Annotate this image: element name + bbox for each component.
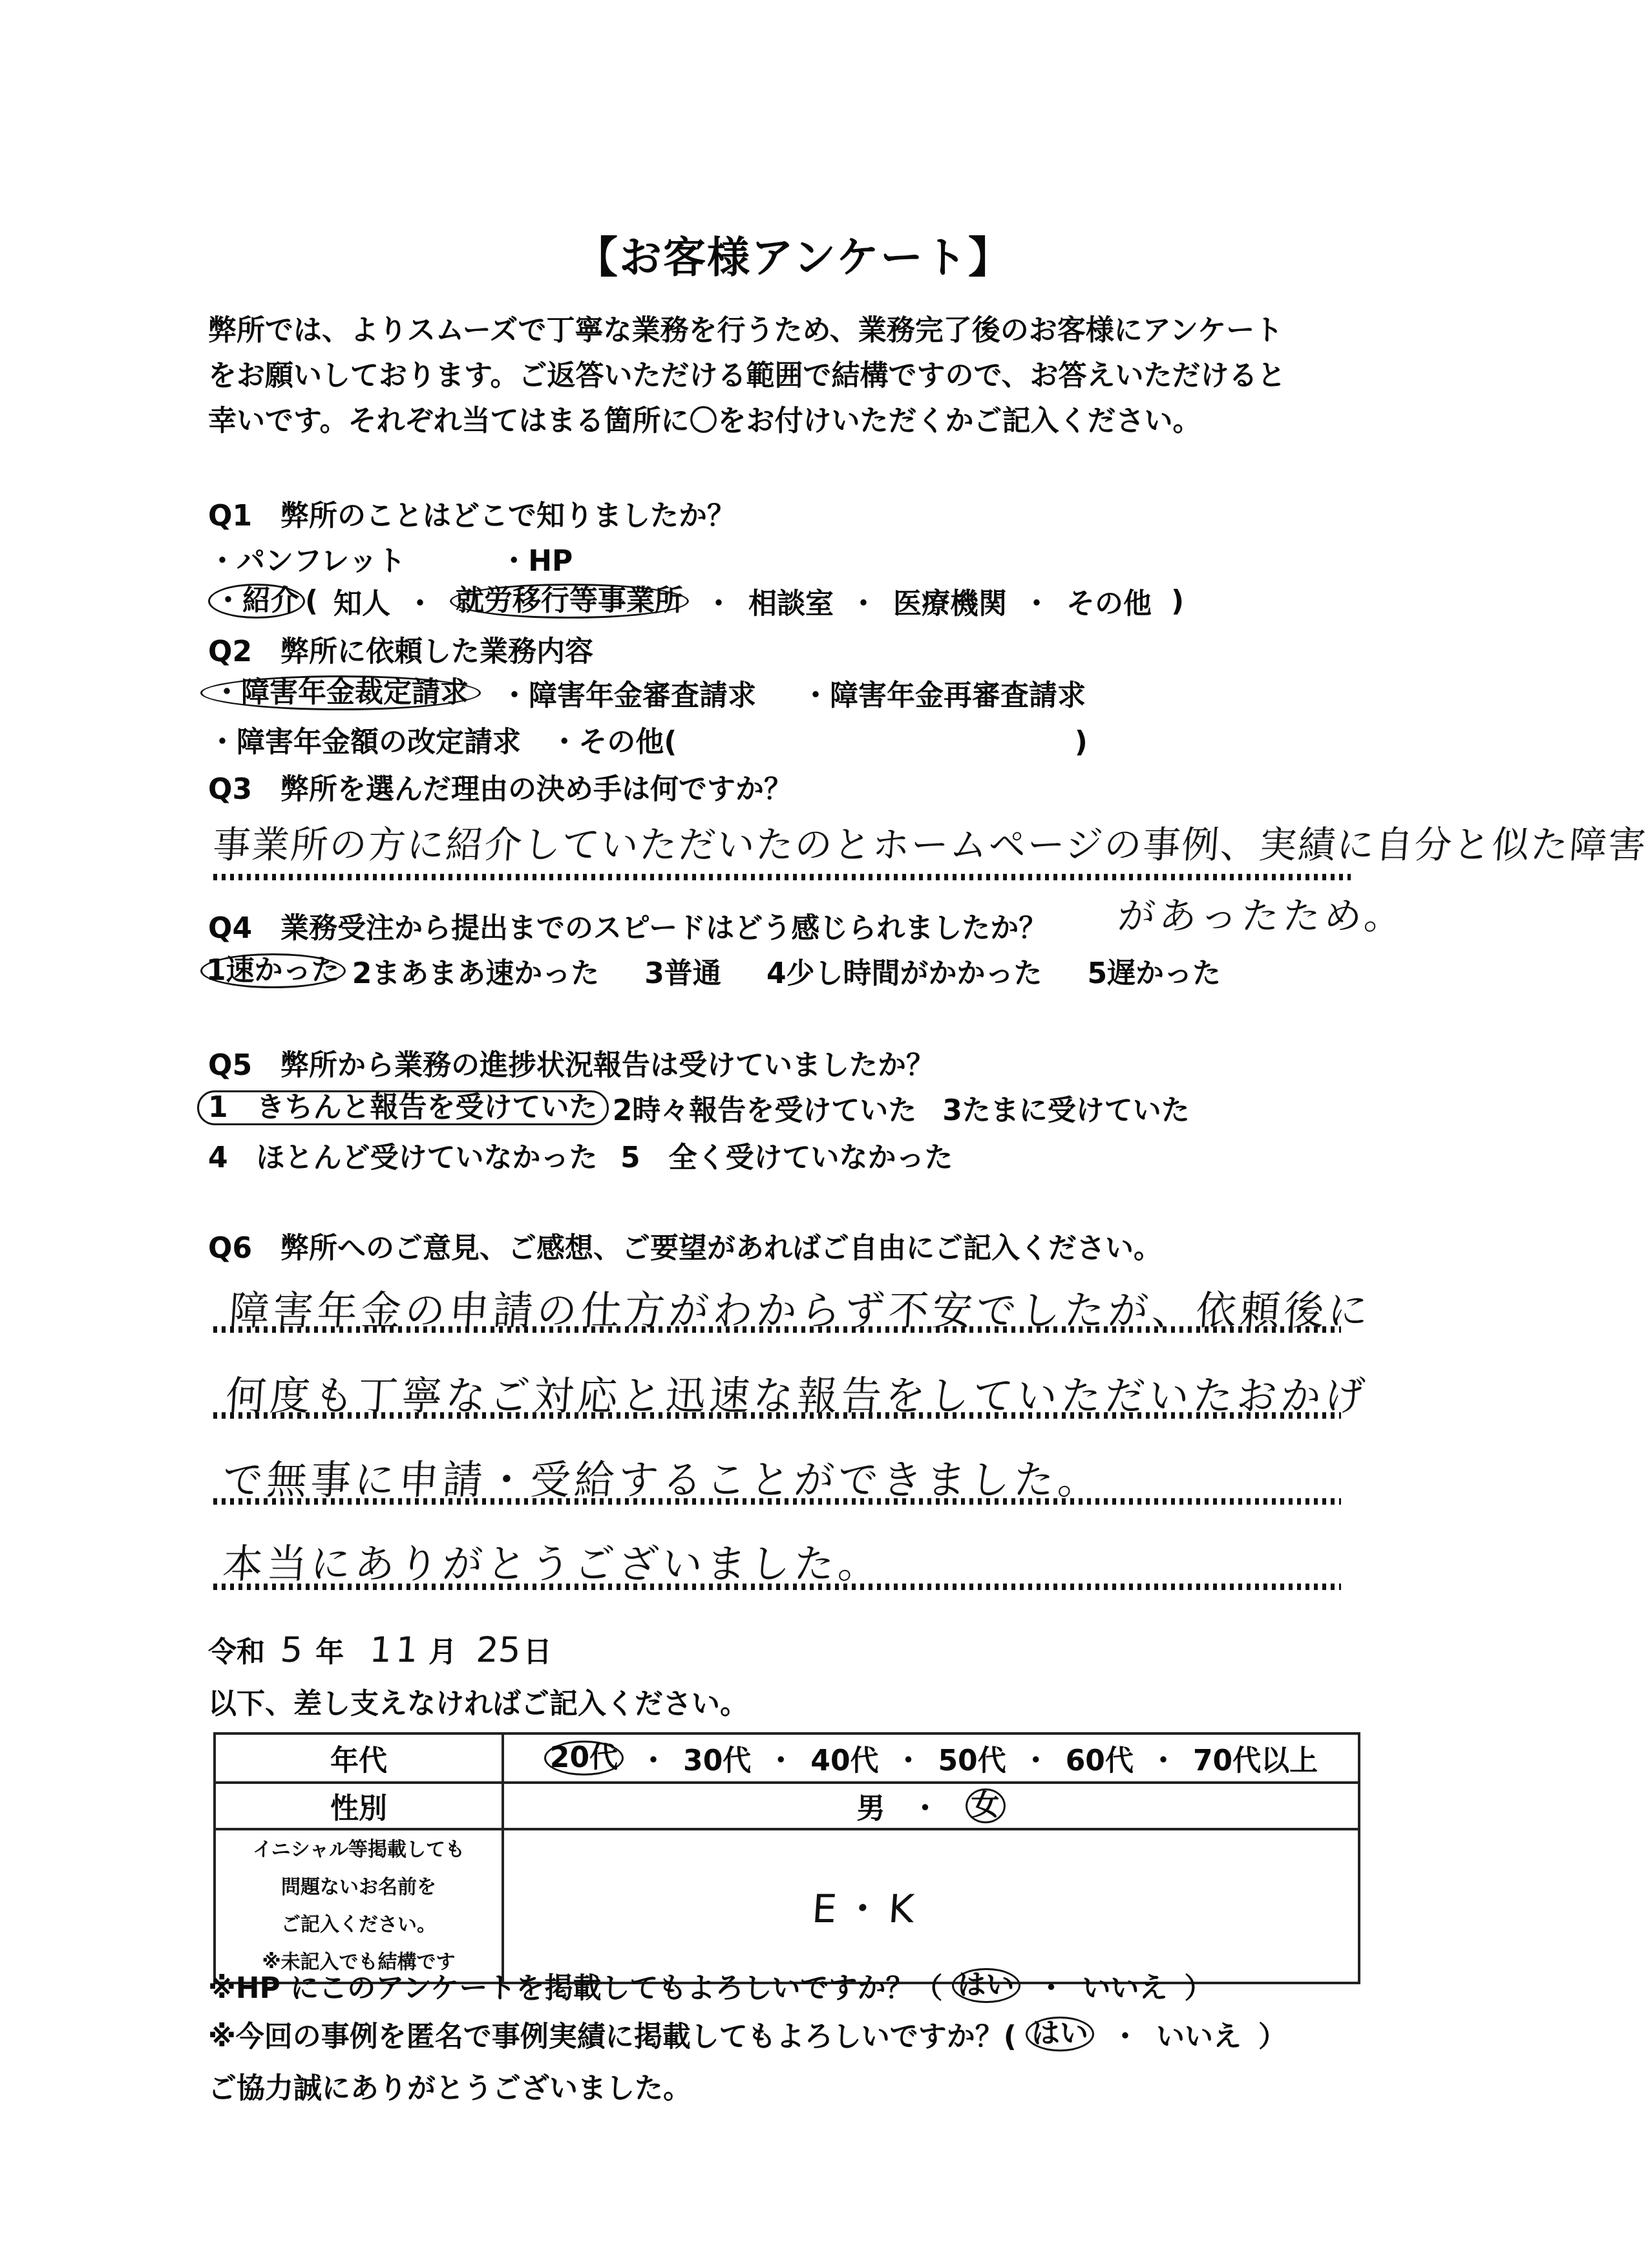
name-value-cell[interactable]: E・K: [503, 1829, 1359, 1983]
separator: ・: [1022, 580, 1051, 622]
age-options: 20代 ・ 30代 ・ 40代 ・ 50代 ・ 60代 ・ 70代以上: [503, 1733, 1359, 1783]
date-month-unit: 月: [428, 1629, 457, 1670]
q4-option-fast-selected[interactable]: 1速かった: [200, 953, 346, 988]
age-row: 年代 20代 ・ 30代 ・ 40代 ・ 50代 ・ 60代 ・ 70代以上: [215, 1733, 1359, 1783]
gender-label: 性別: [215, 1783, 503, 1829]
name-label-line: イニシャル等掲載しても: [217, 1831, 501, 1869]
age-option-40s[interactable]: 40代: [810, 1737, 878, 1779]
gender-row: 性別 男 ・ 女: [215, 1783, 1359, 1829]
q6-answer-line-3[interactable]: で無事に申請・受給することができました。: [221, 1448, 1104, 1505]
q3-answer-line-1[interactable]: 事業所の方に紹介していただいたのとホームページの事例、実績に自分と似た障害のケー…: [211, 814, 1648, 869]
q3-label: Q3 弊所を選んだ理由の決め手は何ですか？: [208, 766, 792, 807]
date-day-value[interactable]: 25: [475, 1629, 522, 1670]
q6-dotted-line-4: [213, 1584, 1341, 1590]
paren-close: ）: [1185, 1965, 1213, 2006]
q1-option-pamphlet[interactable]: ・パンフレット: [208, 545, 406, 578]
consent-case-yes-selected[interactable]: はい: [1026, 2017, 1094, 2051]
q4-option-normal[interactable]: 3普通: [644, 950, 721, 991]
paren-close: ): [1171, 585, 1184, 618]
consent-case-no[interactable]: いいえ: [1156, 2013, 1241, 2055]
q2-other-close: ): [1075, 726, 1088, 759]
q1-row1: ・パンフレット ・HP: [208, 538, 573, 579]
age-option-60s[interactable]: 60代: [1066, 1737, 1134, 1779]
separator: ・: [406, 580, 434, 622]
separator: ・: [639, 1737, 668, 1779]
q6-label: Q6 弊所へのご意見、ご感想、ご要望があればご自由にご記入ください。: [208, 1225, 1162, 1266]
consent-hp-question: ※HP にこのアンケートを掲載してもよろしいですか？（: [208, 1965, 943, 2006]
date-day-unit: 日: [523, 1629, 552, 1670]
q3-answer-line-2[interactable]: があったため。: [1116, 885, 1408, 940]
q2-option-other[interactable]: ・その他(: [550, 726, 677, 759]
date-month-value[interactable]: 11: [368, 1629, 423, 1670]
date-year-value[interactable]: 5: [279, 1629, 308, 1670]
gender-option-male[interactable]: 男: [857, 1785, 885, 1827]
age-option-50s[interactable]: 50代: [938, 1737, 1006, 1779]
intro-line-2: をお願いしております。ご返答いただける範囲で結構ですので、お答えいただけると: [208, 352, 1286, 394]
paren-close: ）: [1258, 2013, 1287, 2055]
q5-option-rarely[interactable]: 4 ほとんど受けていなかった: [208, 1141, 598, 1174]
q6-answer-line-4[interactable]: 本当にありがとうございました。: [221, 1532, 884, 1589]
consent-hp-row: ※HP にこのアンケートを掲載してもよろしいですか？（ はい ・ いいえ ）: [208, 1965, 1213, 2006]
optional-note: 以下、差し支えなければご記入ください。: [208, 1680, 748, 1722]
q1-sub-medical[interactable]: 医療機関: [893, 580, 1007, 622]
q4-options: 1速かった 2まあまあ速かった 3普通 4少し時間がかかった 5遅かった: [200, 950, 1221, 991]
name-label-line: 問題ないお名前を: [217, 1869, 501, 1906]
q5-option-occasionally[interactable]: 3たまに受けていた: [942, 1087, 1190, 1129]
closing-message: ご協力誠にありがとうございました。: [208, 2065, 692, 2106]
separator: ・: [1111, 2013, 1139, 2055]
separator: ・: [704, 580, 733, 622]
q3-dotted-line: [213, 874, 1351, 880]
q6-dotted-line-3: [213, 1498, 1341, 1505]
q5-option-never[interactable]: 5 全く受けていなかった: [620, 1141, 953, 1174]
separator: ・: [1022, 1737, 1050, 1779]
gender-option-female-selected[interactable]: 女: [966, 1788, 1006, 1823]
q5-option-sometimes[interactable]: 2時々報告を受けていた: [613, 1087, 917, 1129]
age-label: 年代: [215, 1733, 503, 1783]
consent-case-question: ※今回の事例を匿名で事例実績に掲載してもよろしいですか？(: [208, 2013, 1017, 2055]
name-label: イニシャル等掲載しても 問題ないお名前を ご記入ください。 ※未記入でも結構です: [215, 1829, 503, 1983]
q2-option-review-request[interactable]: ・障害年金審査請求: [500, 672, 756, 714]
q1-sub-consultation[interactable]: 相談室: [748, 580, 834, 622]
q6-dotted-line-1: [213, 1326, 1341, 1333]
date-row: 令和 5 年 11 月 25 日: [208, 1629, 552, 1670]
q2-option-amount-revision[interactable]: ・障害年金額の改定請求: [208, 726, 521, 759]
respondent-info-table: 年代 20代 ・ 30代 ・ 40代 ・ 50代 ・ 60代 ・ 70代以上 性…: [213, 1732, 1360, 1984]
age-option-30s[interactable]: 30代: [683, 1737, 751, 1779]
name-row: イニシャル等掲載しても 問題ないお名前を ご記入ください。 ※未記入でも結構です…: [215, 1829, 1359, 1983]
age-option-70s-plus[interactable]: 70代以上: [1193, 1737, 1318, 1779]
q2-label: Q2 弊所に依頼した業務内容: [208, 628, 593, 670]
q1-label: Q1 弊所のことはどこで知りましたか？: [208, 493, 735, 534]
q1-option-hp[interactable]: ・HP: [500, 545, 573, 578]
q5-row2: 4 ほとんど受けていなかった 5 全く受けていなかった: [208, 1134, 953, 1176]
q2-row1: ・障害年金裁定請求 ・障害年金審査請求 ・障害年金再審査請求: [200, 672, 1086, 714]
separator: ・: [1037, 1965, 1066, 2006]
q5-row1: 1 きちんと報告を受けていた 2時々報告を受けていた 3たまに受けていた: [197, 1087, 1190, 1129]
q6-dotted-line-2: [213, 1412, 1341, 1419]
separator: ・: [911, 1785, 940, 1827]
separator: ・: [849, 580, 878, 622]
separator: ・: [1149, 1737, 1178, 1779]
consent-hp-no[interactable]: いいえ: [1083, 1965, 1168, 2006]
date-year-unit: 年: [315, 1629, 344, 1670]
age-option-20s-selected[interactable]: 20代: [544, 1741, 624, 1775]
consent-case-row: ※今回の事例を匿名で事例実績に掲載してもよろしいですか？( はい ・ いいえ ）: [208, 2013, 1287, 2055]
separator: ・: [894, 1737, 923, 1779]
name-label-line: ご記入ください。: [217, 1906, 501, 1944]
q2-option-initial-claim-selected[interactable]: ・障害年金裁定請求: [200, 675, 481, 710]
q5-option-properly-reported-selected[interactable]: 1 きちんと報告を受けていた: [197, 1090, 609, 1125]
gender-options: 男 ・ 女: [503, 1783, 1359, 1829]
q1-sub-other[interactable]: その他: [1066, 580, 1152, 622]
paren-open: (: [305, 585, 318, 618]
name-value[interactable]: E・K: [810, 1878, 922, 1934]
q4-option-fairly-fast[interactable]: 2まあまあ速かった: [352, 950, 600, 991]
separator: ・: [766, 1737, 795, 1779]
page-title: 【お客様アンケート】: [575, 223, 1012, 284]
q1-option-referral-selected[interactable]: ・紹介: [208, 584, 305, 619]
q1-sub-employment-office-selected[interactable]: 就労移行等事業所: [450, 584, 689, 619]
q5-label: Q5 弊所から業務の進捗状況報告は受けていましたか？: [208, 1042, 935, 1083]
q1-sub-acquaintance[interactable]: 知人: [333, 580, 390, 622]
q2-row2: ・障害年金額の改定請求 ・その他( ): [208, 719, 1088, 760]
q4-option-somewhat-slow[interactable]: 4少し時間がかかった: [766, 950, 1042, 991]
intro-line-1: 弊所では、よりスムーズで丁寧な業務を行うため、業務完了後のお客様にアンケート: [208, 307, 1283, 348]
q4-label: Q4 業務受注から提出までのスピードはどう感じられましたか？: [208, 905, 1047, 946]
q1-row2: ・紹介 ( 知人 ・ 就労移行等事業所 ・ 相談室 ・ 医療機関 ・ その他 ): [208, 580, 1184, 622]
q4-option-slow[interactable]: 5遅かった: [1088, 950, 1221, 991]
q2-option-re-review-request[interactable]: ・障害年金再審査請求: [801, 672, 1086, 714]
consent-hp-yes-selected[interactable]: はい: [952, 1968, 1020, 2003]
date-era: 令和: [208, 1629, 265, 1670]
intro-line-3: 幸いです。それぞれ当てはまる箇所に〇をお付けいただくかご記入ください。: [208, 397, 1201, 439]
